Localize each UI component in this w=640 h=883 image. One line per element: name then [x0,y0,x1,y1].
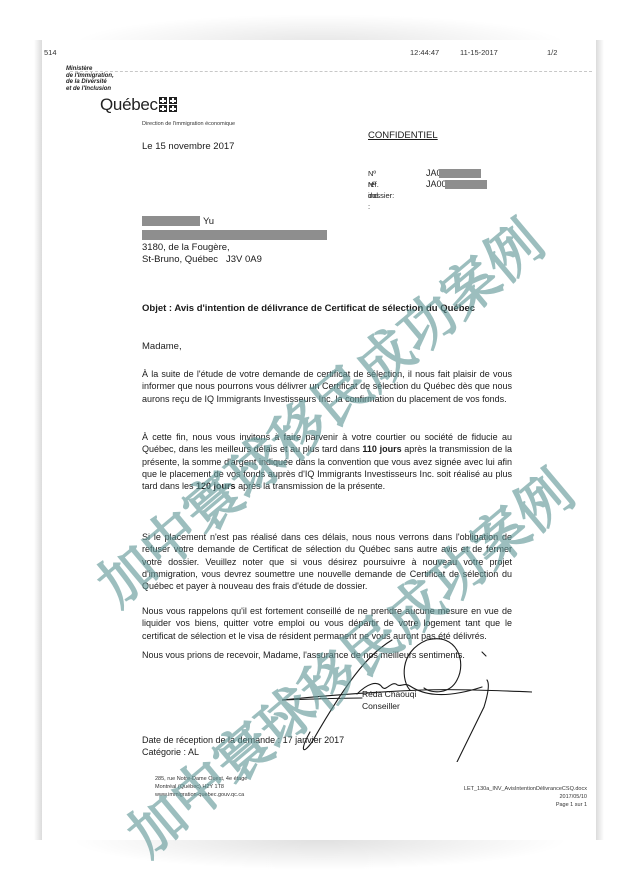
footer-address: 285, rue Notre-Dame Ouest, 4e étage Mont… [155,775,247,799]
fax-header: 514 12:44:47 11-15-2017 1/2 [42,48,596,60]
signer-title: Conseiller [362,700,416,712]
recipient-name: Yu [142,216,327,229]
page-shadow-bottom [70,840,570,870]
salutation: Madame, [142,341,182,352]
recipient-address-line: St-Bruno, Québec J3V 0A9 [142,254,327,267]
recipient-address-line: 3180, de la Fougère, [142,242,327,255]
letter-date: Le 15 novembre 2017 [142,141,234,152]
redaction-bar [445,180,487,189]
ministry-line: et de l'Inclusion [66,86,114,93]
fax-id: 514 [44,48,57,57]
quebec-fleurdelise-icon [159,97,177,112]
letter-subject: Objet : Avis d'intention de délivrance d… [142,303,475,314]
reference-value: JA00 [426,179,447,190]
document-page-number: Page 1 sur 1 [382,801,587,809]
reference-label: Nº dossier: [368,179,394,201]
paragraph: Si le placement n'est pas réalisé dans c… [142,531,512,592]
footer-address-line: 285, rue Notre-Dame Ouest, 4e étage [155,775,247,783]
paragraph: À cette fin, nous vous invitons à faire … [142,431,512,492]
document-filename: LET_130a_INV_AvisIntentionDélivranceCSQ.… [382,785,587,793]
recipient-block: Yu 3180, de la Fougère, St-Bruno, Québec… [142,216,327,267]
direction-name: Direction de l'immigration économique [142,121,235,127]
deadline-110-days: 110 jours [362,444,401,454]
reception-date: Date de réception de la demande : 17 jan… [142,734,344,746]
redaction-bar [142,230,327,240]
letter-page: 514 12:44:47 11-15-2017 1/2 Ministère de… [42,40,596,840]
fax-date: 11-15-2017 [460,48,498,57]
deadline-120-days: 120 jours [196,481,236,491]
fax-time: 12:44:47 [410,48,439,57]
page-shadow-left [34,40,42,840]
ministry-line: de la Diversité [66,79,114,86]
fax-page-count: 1/2 [547,48,557,57]
quebec-wordmark: Québec [100,95,158,115]
page-shadow-right [596,40,604,840]
footer-document-info: LET_130a_INV_AvisIntentionDélivranceCSQ.… [382,785,587,809]
confidential-label: CONFIDENTIEL [368,130,438,141]
signer-name: Réda Chaouqi [362,688,416,700]
footer-address-line: Montréal (Québec) H2Y 1T8 [155,783,247,791]
category: Catégorie : AL [142,746,344,758]
paragraph: À la suite de l'étude de votre demande d… [142,368,512,405]
ministry-name: Ministère de l'Immigration, de la Divers… [66,66,114,92]
redaction-bar [439,169,481,178]
recipient-surname: Yu [203,216,214,227]
redaction-bar [142,216,200,226]
document-version-date: 2017/05/10 [382,793,587,801]
header-rule [70,71,592,72]
reception-info: Date de réception de la demande : 17 jan… [142,734,344,758]
footer-website: www.immigration-quebec.gouv.qc.ca [155,791,247,799]
signer-block: Réda Chaouqi Conseiller [362,688,416,712]
